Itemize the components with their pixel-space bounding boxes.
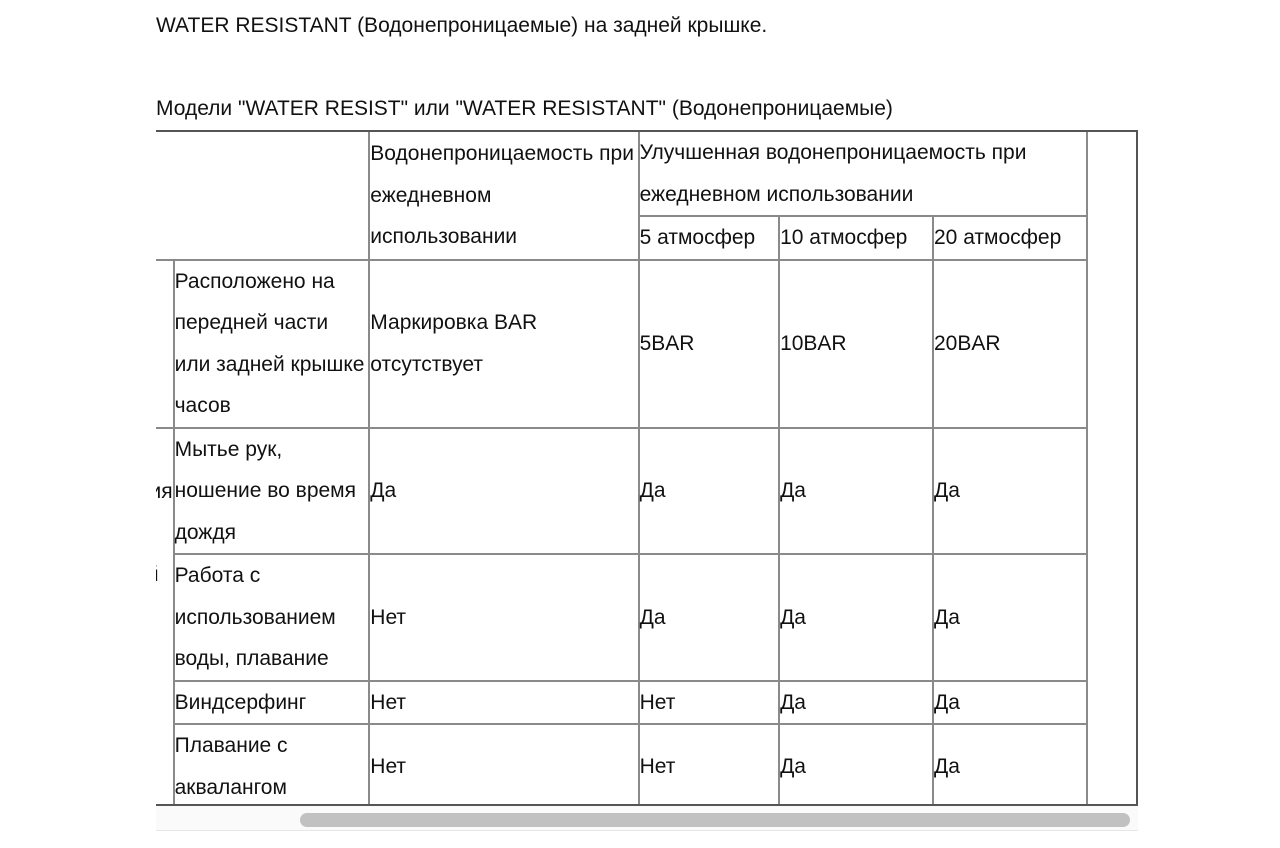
group-label-marking [156, 260, 174, 428]
group-label-fragment: ия [156, 480, 173, 503]
cell-value: Да [933, 554, 1087, 681]
cell-value: Нет [369, 554, 638, 681]
header-10-atm: 10 атмосфер [779, 216, 933, 260]
cell-value: Нет [639, 724, 779, 806]
cell-value: Нет [369, 681, 638, 725]
cell-value: Маркировка BAR отсутствует [369, 260, 638, 428]
intro-paragraph: WATER RESISTANT (Водонепроницаемые) на з… [156, 12, 767, 40]
header-daily-use: Водонепроницаемость при ежедневном испол… [369, 131, 638, 260]
cell-value: Да [933, 681, 1087, 725]
header-empty-cell [156, 131, 369, 260]
horizontal-scrollbar[interactable] [156, 806, 1138, 831]
row-label: Плавание с аквалангом [174, 724, 370, 806]
header-5-atm: 5 атмосфер [639, 216, 779, 260]
cell-value: Да [639, 428, 779, 555]
cell-value: Да [369, 428, 638, 555]
cell-value: Да [933, 724, 1087, 806]
row-label: Виндсерфинг [174, 681, 370, 725]
table-row: Виндсерфинг Нет Нет Да Да [156, 681, 1087, 725]
cell-value: Да [779, 681, 933, 725]
header-enhanced-daily-use: Улучшенная водонепроницаемость при ежедн… [639, 131, 1087, 216]
cell-value: Нет [369, 724, 638, 806]
cell-value: 20BAR [933, 260, 1087, 428]
row-label: Расположено на передней части или задней… [174, 260, 370, 428]
row-label: Мытье рук, ношение во время дождя [174, 428, 370, 555]
table-row: Расположено на передней части или задней… [156, 260, 1087, 428]
table-row: Плавание с аквалангом Нет Нет Да Да [156, 724, 1087, 806]
cell-value: Да [933, 428, 1087, 555]
cell-value: Да [779, 554, 933, 681]
table-row: ия й Мытье рук, ношение во время дождя Д… [156, 428, 1087, 555]
table-caption: Модели "WATER RESIST" или "WATER RESISTA… [156, 95, 893, 123]
cell-value: 5BAR [639, 260, 779, 428]
row-label: Работа с использованием воды, плавание [174, 554, 370, 681]
table-scroll-container[interactable]: Водонепроницаемость при ежедневном испол… [156, 130, 1138, 806]
header-row: Водонепроницаемость при ежедневном испол… [156, 131, 1087, 216]
group-label-fragment: й [156, 563, 173, 586]
cell-value: 10BAR [779, 260, 933, 428]
cell-value: Да [779, 428, 933, 555]
header-20-atm: 20 атмосфер [933, 216, 1087, 260]
water-resistance-table: Водонепроницаемость при ежедневном испол… [156, 130, 1088, 806]
scrollbar-thumb[interactable] [300, 813, 1130, 827]
group-label-usage: ия й [156, 428, 174, 807]
cell-value: Да [639, 554, 779, 681]
table-row: Работа с использованием воды, плавание Н… [156, 554, 1087, 681]
cell-value: Да [779, 724, 933, 806]
cell-value: Нет [639, 681, 779, 725]
